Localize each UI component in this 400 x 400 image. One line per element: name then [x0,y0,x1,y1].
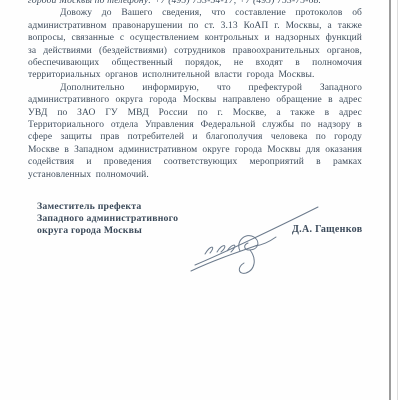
signer-title-line-1: Заместитель префекта [37,201,178,213]
truncated-phone-line: города Москвы по телефону: +7 (495) 753-… [28,0,362,7]
signer-name: Д.А. Гащенков [292,224,362,235]
scan-edge-line-faint [397,0,398,400]
signer-title-line-2: Западного административного [37,213,178,225]
letter-paragraph-1: Довожу до Вашего сведения, что составлен… [28,7,362,81]
signer-title: Заместитель префекта Западного администр… [37,201,178,237]
letter-paragraph-2: Дополнительно информирую, что префектуро… [28,82,362,181]
signer-title-line-3: округа города Москвы [37,225,178,237]
scan-edge-line [389,0,391,400]
letter-body: города Москвы по телефону: +7 (495) 753-… [28,0,362,181]
scanned-letter-page: города Москвы по телефону: +7 (495) 753-… [0,0,400,400]
handwritten-signature-icon [188,197,328,282]
